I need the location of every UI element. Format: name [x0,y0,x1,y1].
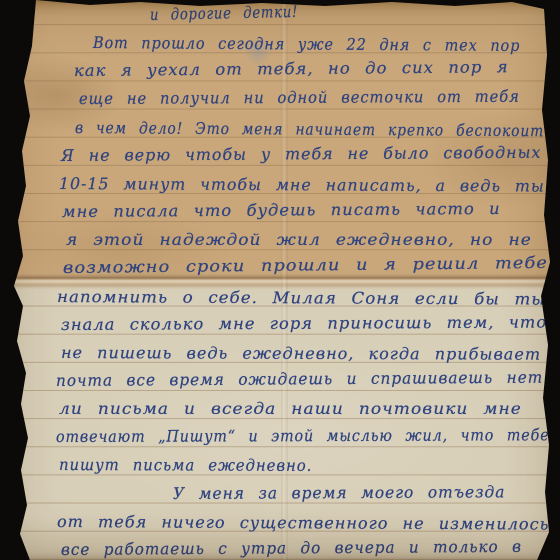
letter-line: пишут письма ежедневно. [59,455,312,475]
letter-line: я этой надеждой жил ежедневно, но не [66,230,532,249]
letter-line: У меня за время моего отъезда [173,482,505,503]
letter-line: все работаешь с утра до вечера и только … [61,537,522,559]
letter-line: еще не получил ни одной весточки от тебя [79,87,520,108]
letter-line: и дорогие детки! [150,2,298,24]
letter-line: от тебя ничего существенного не изменило… [57,512,549,534]
letter-line: знала сколько мне горя приносишь тем, чт… [61,312,547,334]
letter-line: Я не верю чтобы у тебя не было свободных [61,143,542,166]
handwritten-text: и дорогие детки!Вот прошло сегодня уже 2… [0,0,560,560]
letter-line: Вот прошло сегодня уже 22 дня с тех пор [93,33,520,55]
photo-background: и дорогие детки!Вот прошло сегодня уже 2… [0,0,560,560]
letter-line: не пишешь ведь ежедневно, когда прибывае… [61,343,541,364]
letter-line: ли письма и всегда наши почтовики мне [59,399,522,418]
letter-line: почта все время ожидаешь и спрашиваешь н… [56,368,543,391]
letter-line: возможно сроки прошли и я решил тебе [63,253,548,277]
letter-line: как я уехал от тебя, но до сих пор я [74,57,509,80]
letter-line: мне писала что будешь писать часто и [62,199,501,221]
letter-line: 10-15 минут чтобы мне написать, а ведь т… [59,174,545,196]
letter-line: отвечают „Пишут“ и этой мыслью жил, что … [56,425,550,446]
letter-line: напомнить о себе. Милая Соня если бы ты [57,287,546,309]
letter-line: в чем дело! Это меня начинает крепко бес… [75,118,553,141]
letter-paper: и дорогие детки!Вот прошло сегодня уже 2… [0,0,560,560]
